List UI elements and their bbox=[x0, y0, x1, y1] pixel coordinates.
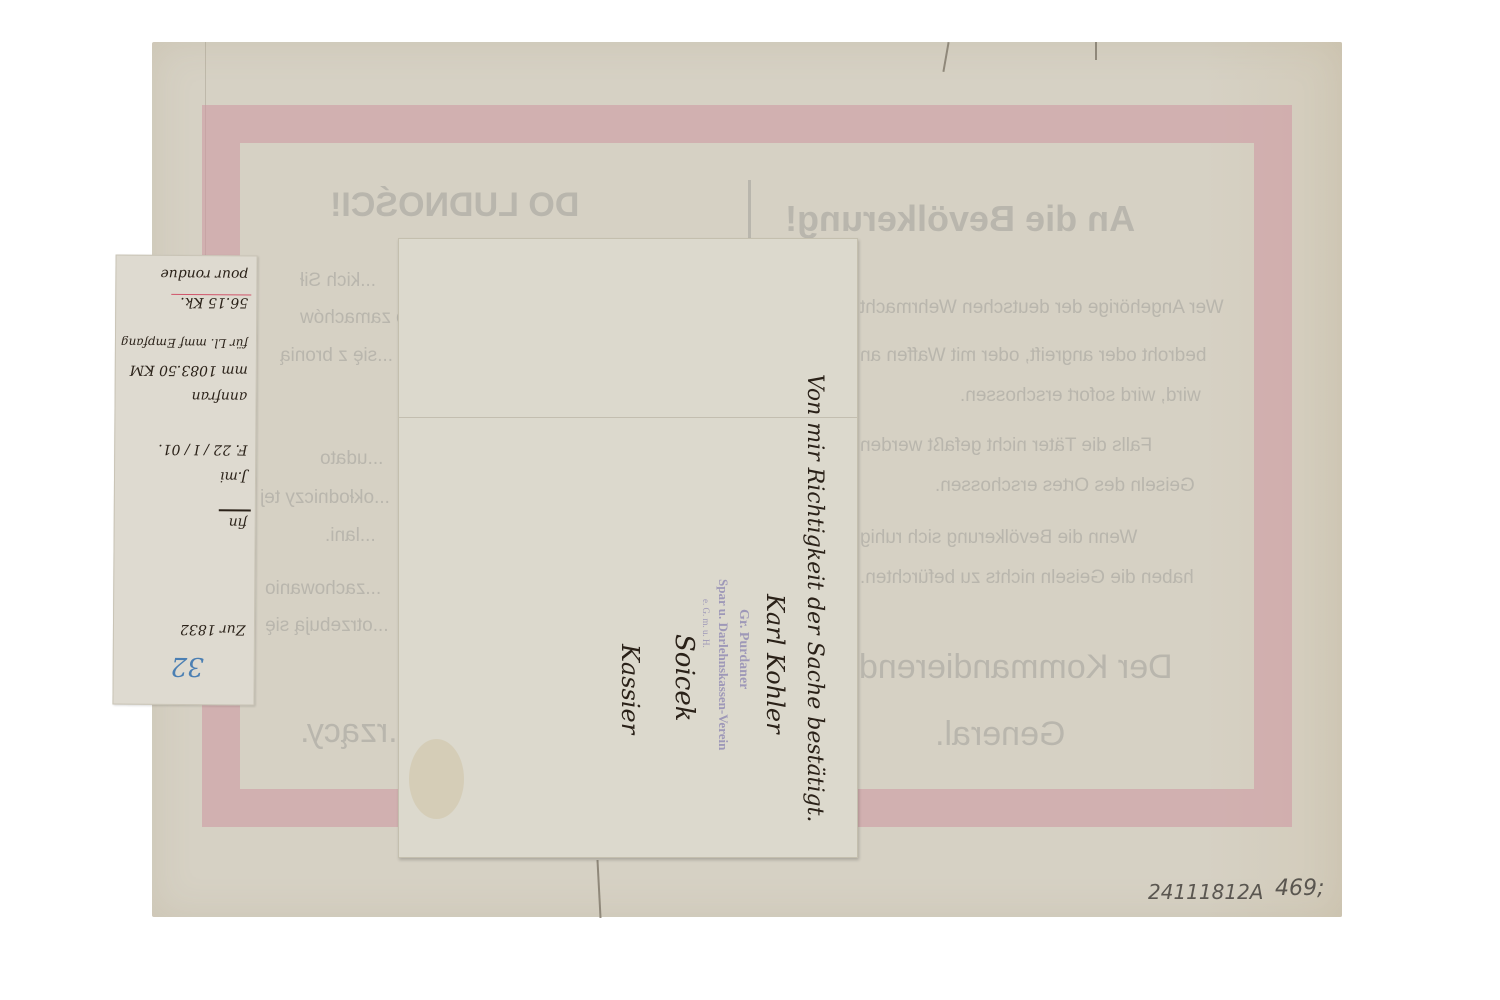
ink-line bbox=[219, 509, 251, 511]
card-handwriting: Von mir Richtigkeit der Sache bestätigt. bbox=[802, 374, 827, 822]
polish-line: ...udato bbox=[320, 448, 383, 470]
receipt-slip: pour rondue 56.15 Kk. für Ll. mmf Empfan… bbox=[112, 255, 257, 706]
polish-line: ...otrzebują się bbox=[265, 615, 389, 637]
german-line: wird, wird sofort erschossen. bbox=[960, 385, 1201, 407]
polish-line: ...okłodniczy tej bbox=[260, 487, 390, 509]
slip-handwriting: für Ll. mmf Empfang bbox=[121, 336, 248, 351]
slip-handwriting: mm 1083.50 KM bbox=[130, 362, 248, 379]
german-line: bedroht oder angreift, oder mit Waffen a… bbox=[860, 345, 1206, 367]
polish-title: DO LUDNOŚCI! bbox=[330, 186, 579, 225]
attached-note-card: Von mir Richtigkeit der Sache bestätigt.… bbox=[398, 238, 858, 858]
slip-handwriting: J.mi bbox=[220, 468, 247, 484]
german-line: Wenn die Bevölkerung sich ruhig bbox=[860, 527, 1137, 549]
polish-line: ...lani. bbox=[325, 525, 376, 547]
association-stamp: Spar u. Darlehnskassen-Verein bbox=[715, 579, 731, 750]
association-stamp: Gr. Purdaner bbox=[735, 609, 751, 689]
german-signature: General. bbox=[935, 715, 1065, 754]
slip-handwriting: pour rondue bbox=[160, 266, 248, 283]
german-line: Falls die Täter nicht gefaßt werden bbox=[860, 435, 1152, 457]
association-stamp: e. G. m. u. H. bbox=[701, 599, 711, 648]
slip-handwriting: F. 22 / I / 01. bbox=[158, 441, 247, 458]
german-line: Wer Angehörige der deutschen Wehrmacht bbox=[860, 297, 1224, 319]
slip-handwriting: annfran bbox=[192, 388, 248, 404]
german-signature: Der Kommandierende bbox=[840, 648, 1173, 687]
slip-handwriting: 56.15 Kk. bbox=[180, 294, 248, 310]
card-handwriting: Kassier bbox=[616, 644, 644, 734]
paper-tear bbox=[1095, 42, 1097, 60]
blue-number: 32 bbox=[171, 651, 204, 681]
card-handwriting: Karl Kohler bbox=[761, 594, 789, 734]
slip-handwriting: Zur 1832 bbox=[180, 621, 246, 637]
polish-line: ...zachowanio bbox=[265, 578, 381, 600]
slip-handwriting: fin bbox=[228, 514, 246, 530]
polish-line: ...kich Sił bbox=[300, 270, 376, 292]
polish-line: ...się z bronią bbox=[280, 345, 393, 367]
column-divider bbox=[748, 180, 751, 240]
page-number: 469; bbox=[1275, 876, 1324, 901]
german-title: An die Bevölkerung! bbox=[785, 198, 1135, 240]
inventory-number: 24111812A bbox=[1148, 880, 1263, 904]
german-line: haben die Geiseln nichts zu befürchten. bbox=[860, 567, 1194, 589]
stain bbox=[409, 739, 464, 819]
card-fold bbox=[399, 417, 857, 418]
card-handwriting: Soicek bbox=[669, 634, 699, 721]
german-line: Geiseln des Ortes erschossen. bbox=[935, 475, 1195, 497]
